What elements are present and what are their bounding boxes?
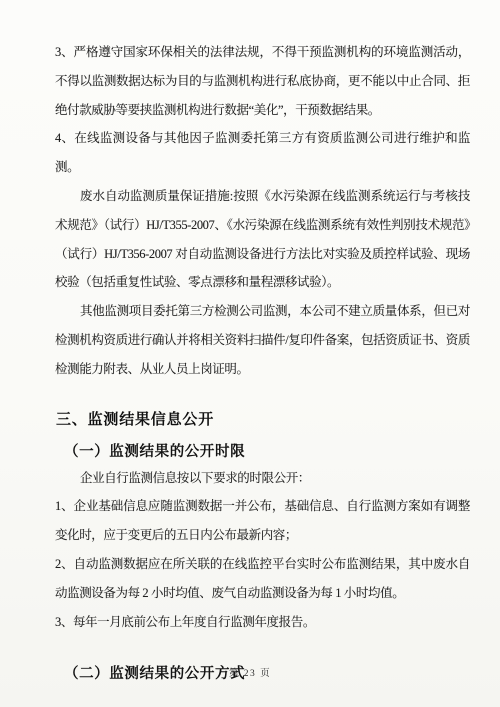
paragraph-other-monitoring: 其他监测项目委托第三方检测公司监测，本公司不建立质量体系，但已对检测机构资质进行… bbox=[55, 297, 470, 383]
scanned-document-page: 3、严格遵守国家环保相关的法律法规，不得干预监测机构的环境监测活动，不得以监测数… bbox=[0, 0, 500, 707]
paragraph-wastewater-qa: 废水自动监测质量保证措施:按照《水污染源在线监测系统运行与考核技术规范》（试行）… bbox=[55, 182, 470, 297]
disclosure-list-item-2: 2、自动监测数据应在所关联的在线监控平台实时公布监测结果，其中废水自动监测设备为… bbox=[55, 550, 470, 608]
section-3-heading: 三、监测结果信息公开 bbox=[56, 409, 470, 431]
subsection-1-intro: 企业自行监测信息按以下要求的时限公开： bbox=[55, 464, 470, 493]
disclosure-list-item-1: 1、企业基础信息应随监测数据一并公布，基础信息、自行监测方案如有调整变化时，应于… bbox=[55, 492, 470, 550]
document-body: 3、严格遵守国家环保相关的法律法规，不得干预监测机构的环境监测活动，不得以监测数… bbox=[55, 38, 470, 686]
paragraph-item-3: 3、严格遵守国家环保相关的法律法规，不得干预监测机构的环境监测活动，不得以监测数… bbox=[55, 38, 470, 124]
disclosure-list-item-3: 3、每年一月底前公布上年度自行监测年度报告。 bbox=[55, 608, 470, 637]
paragraph-item-4: 4、在线监测设备与其他因子监测委托第三方有资质监测公司进行维护和监测。 bbox=[55, 124, 470, 182]
page-number: 第 23 页 bbox=[0, 665, 500, 679]
subsection-1-heading: （一）监测结果的公开时限 bbox=[64, 440, 470, 464]
